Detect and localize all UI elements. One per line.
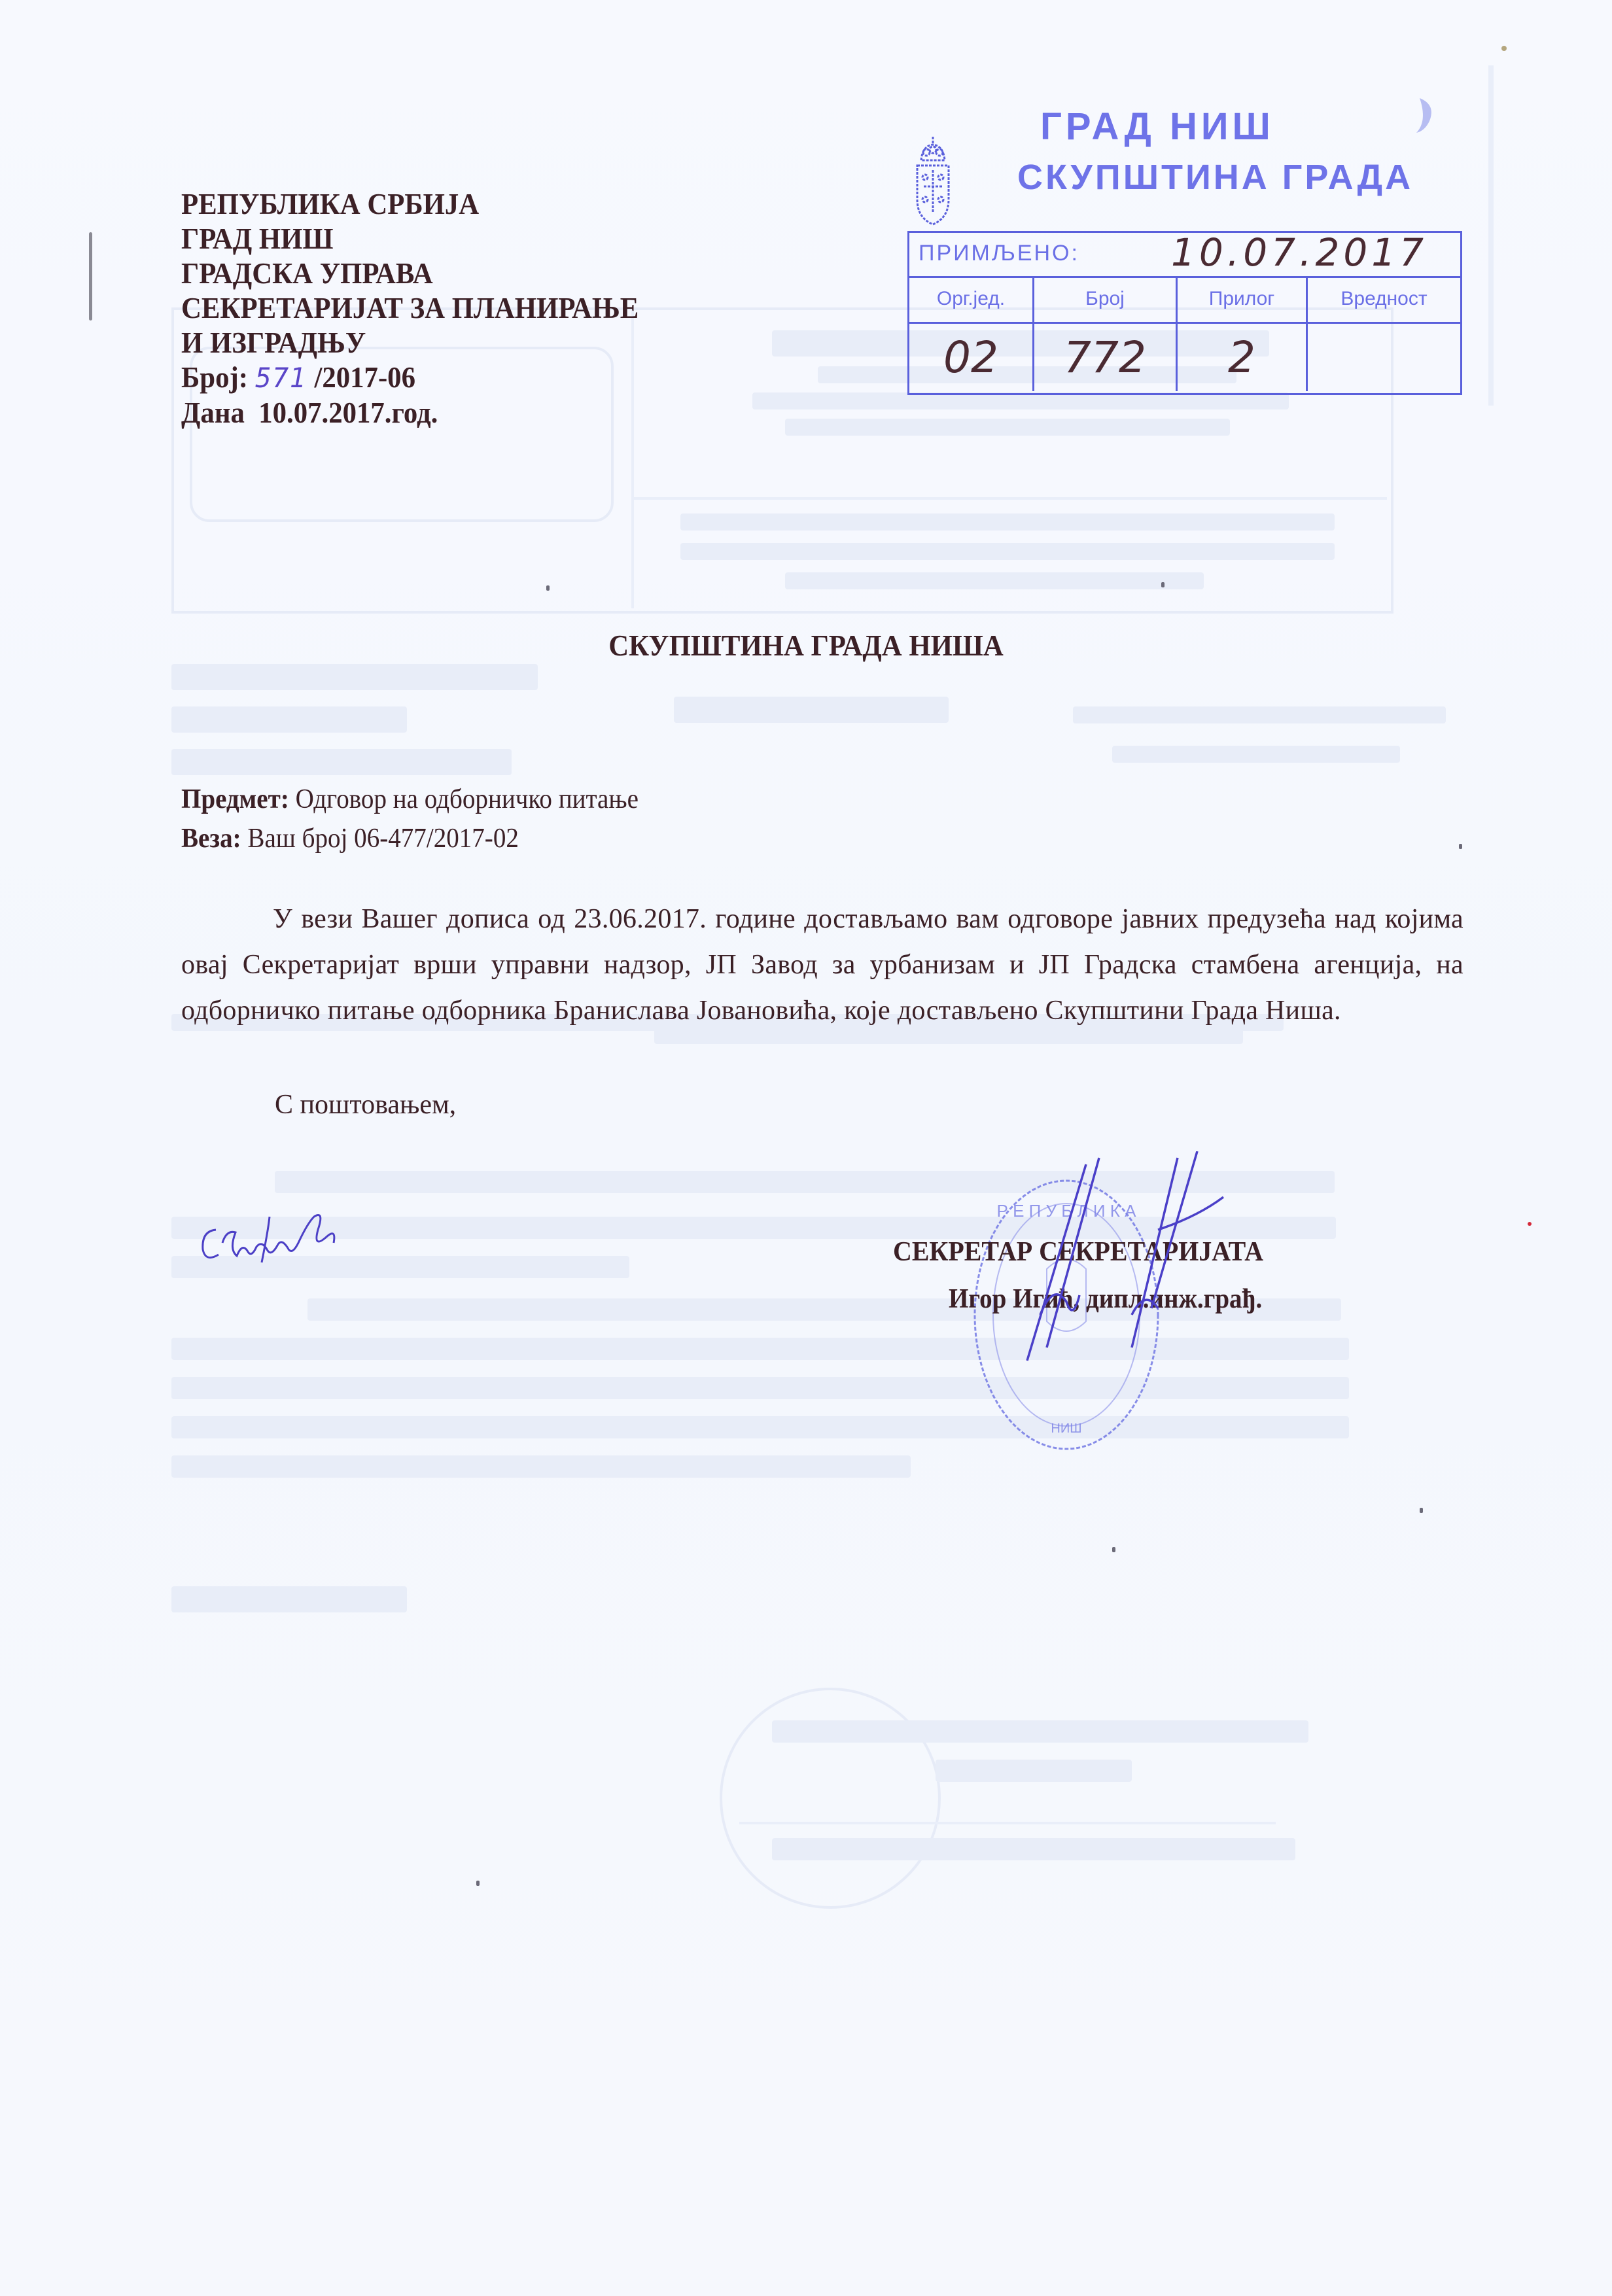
- stamp-col-attachment: Прилог 2: [1178, 276, 1308, 391]
- scan-speck: [1501, 46, 1507, 51]
- bleed-through-text: [171, 706, 407, 733]
- scan-speck: [1112, 1547, 1115, 1552]
- recipient-heading: СКУПШТИНА ГРАДА НИША: [56, 628, 1556, 663]
- stamp-received-label: ПРИМЉЕНО:: [919, 241, 1079, 266]
- bleed-through-text: [772, 1720, 1308, 1743]
- stamp-title-assembly: СКУПШТИНА ГРАДА: [1017, 157, 1413, 198]
- scan-speck: [1161, 582, 1165, 587]
- header-line-secretariat-cont: И ИЗГРАДЊУ: [181, 325, 639, 360]
- document-number-handwritten: 571: [255, 362, 307, 394]
- scan-speck: [1459, 844, 1462, 849]
- signature-strokes-icon: [1001, 1151, 1250, 1367]
- stamp-col-value: [1308, 324, 1460, 391]
- stamp-col-value: 772: [1034, 324, 1176, 391]
- header-line-secretariat: СЕКРЕТАРИЈАТ ЗА ПЛАНИРАЊЕ: [181, 290, 639, 325]
- stamp-col-number: Број 772: [1034, 276, 1178, 391]
- stamp-col-value-field: Вредност: [1308, 276, 1460, 391]
- bleed-through-text: [171, 1377, 1349, 1399]
- bleed-through-text: [680, 513, 1335, 531]
- bleed-through-text: [785, 572, 1204, 589]
- bleed-through-text: [680, 543, 1335, 560]
- stamp-col-label: Прилог: [1178, 276, 1306, 324]
- serbian-coat-of-arms-icon: [915, 134, 951, 226]
- bleed-through-text: [1112, 746, 1400, 763]
- bleed-through-text: [171, 664, 538, 690]
- scanned-letter-page: РЕПУБЛИКА СРБИЈА ГРАД НИШ ГРАДСКА УПРАВА…: [0, 0, 1612, 2296]
- scan-speck: [546, 585, 550, 591]
- subject-value: Одговор на одборничко питање: [296, 784, 639, 814]
- stamp-title-city: ГРАД НИШ: [1040, 105, 1274, 148]
- stamp-col-value: 02: [909, 324, 1032, 391]
- closing-salutation: С поштовањем,: [275, 1089, 456, 1121]
- document-date-value: 10.07.2017.год.: [258, 396, 438, 429]
- bleed-through-text: [785, 419, 1230, 436]
- stamp-col-label: Број: [1034, 276, 1176, 324]
- document-date-label: Дана: [181, 396, 245, 429]
- bleed-through-divider: [631, 497, 1387, 500]
- bleed-through-text: [1073, 706, 1446, 723]
- svg-text:НИШ: НИШ: [1051, 1421, 1081, 1436]
- bleed-through-text: [171, 1586, 407, 1612]
- header-line-city: ГРАД НИШ: [181, 221, 639, 256]
- ink-smudge-icon: [1413, 95, 1439, 134]
- letter-body: У вези Вашег дописа од 23.06.2017. годин…: [181, 896, 1463, 1034]
- bleed-through-text: [171, 749, 512, 775]
- bleed-through-underline: [739, 1822, 1276, 1824]
- header-line-republic: РЕПУБЛИКА СРБИЈА: [181, 186, 639, 221]
- bleed-through-text: [171, 1416, 1349, 1438]
- staple-mark: [89, 232, 92, 321]
- bleed-through-text: [674, 697, 949, 723]
- bleed-through-text: [171, 1455, 911, 1478]
- header-line-administration: ГРАДСКА УПРАВА: [181, 256, 639, 290]
- stamp-columns: Орг.јед. 02 Број 772 Прилог 2 Вредност: [909, 276, 1460, 391]
- document-number: Број: 571 /2017-06: [181, 360, 639, 395]
- document-number-label: Број:: [181, 360, 248, 394]
- stamp-col-org-unit: Орг.јед. 02: [909, 276, 1034, 391]
- scan-speck: [1420, 1508, 1423, 1513]
- reference-line: Веза: Ваш број 06-477/2017-02: [181, 823, 519, 854]
- handwritten-signature-icon: [196, 1204, 347, 1276]
- subject-line: Предмет: Одговор на одборничко питање: [181, 784, 639, 815]
- stamp-received-row: ПРИМЉЕНО: 10.07.2017: [909, 233, 1460, 278]
- stamp-registry-table: ПРИМЉЕНО: 10.07.2017 Орг.јед. 02 Број 77…: [907, 231, 1462, 395]
- receipt-stamp: ГРАД НИШ СКУПШТИНА ГРАДА ПРИМЉЕНО: 10.07…: [896, 78, 1485, 406]
- scan-speck: [476, 1881, 480, 1886]
- red-ink-speck: [1528, 1222, 1532, 1226]
- sender-header: РЕПУБЛИКА СРБИЈА ГРАД НИШ ГРАДСКА УПРАВА…: [181, 186, 639, 430]
- document-date: Дана 10.07.2017.год.: [181, 395, 639, 430]
- bleed-through-text: [936, 1760, 1132, 1782]
- document-number-suffix: /2017-06: [314, 360, 415, 394]
- bleed-through-edge: [1488, 65, 1494, 406]
- reference-label: Веза:: [181, 824, 241, 854]
- reference-value: Ваш број 06-477/2017-02: [247, 824, 518, 854]
- bleed-through-text: [772, 1838, 1295, 1860]
- subject-label: Предмет:: [181, 784, 289, 814]
- stamp-received-date: 10.07.2017: [1171, 230, 1428, 275]
- stamp-col-label: Орг.јед.: [909, 276, 1032, 324]
- stamp-col-label: Вредност: [1308, 276, 1460, 324]
- stamp-col-value: 2: [1178, 324, 1306, 391]
